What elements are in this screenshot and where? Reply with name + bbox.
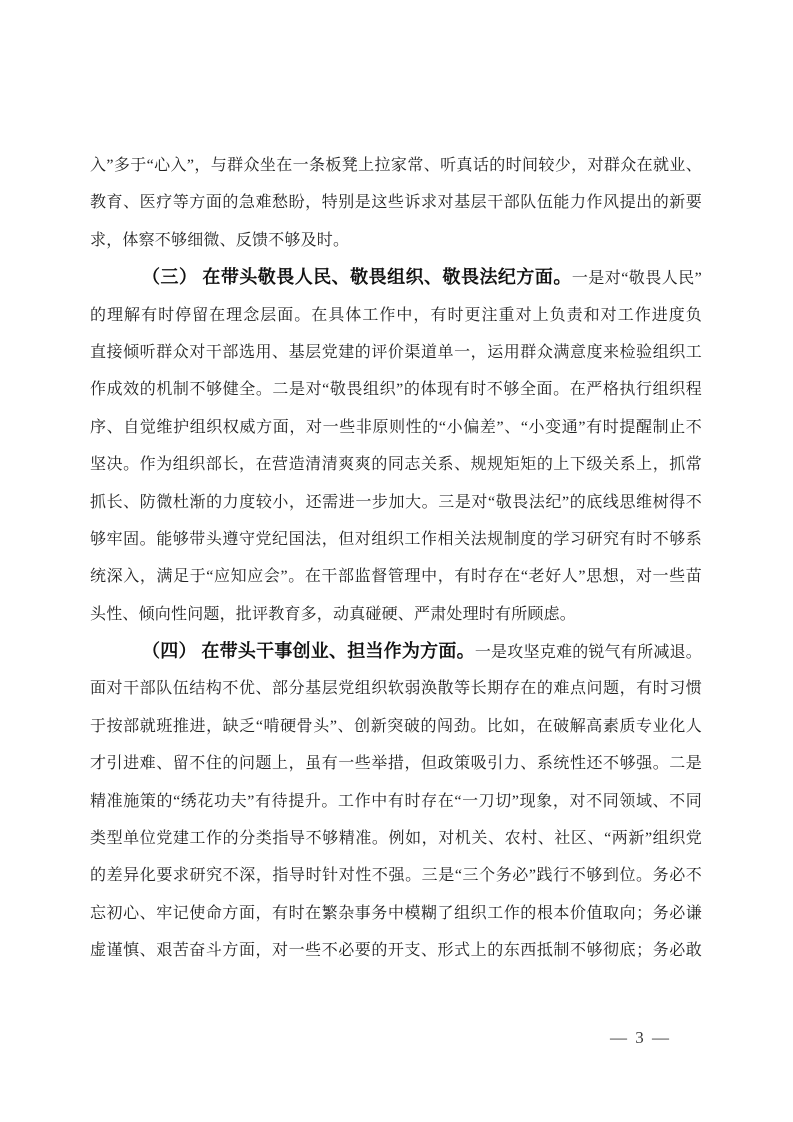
text-line: 才引进难、留不住的问题上，虽有一些举措，但政策吸引力、系统性还不够强。二是 — [90, 745, 702, 782]
text-line: 坚决。作为组织部长，在营造清清爽爽的同志关系、规规矩矩的上下级关系上，抓常 — [90, 446, 702, 483]
text-segment: 虚谨慎、艰苦奋斗方面，对一些不必要的开支、形式上的东西抵制不够彻底；务必敢 — [90, 942, 702, 959]
text-segment: 类型单位党建工作的分类指导不够精准。例如，对机关、农村、社区、“两新”组织党建 — [90, 830, 702, 857]
paragraph-section-3: （三） 在带头敬畏人民、敬畏组织、敬畏法纪方面。一是对“敬畏人民”的理解有时停留… — [90, 259, 702, 633]
text-segment: 的理解有时停留在理念层面。在具体工作中，有时更注重对上负责和对工作进度负责， — [90, 307, 702, 334]
text-line: 直接倾听群众对干部选用、基层党建的评价渠道单一，运用群众满意度来检验组织工 — [90, 334, 702, 371]
text-segment: 面对干部队伍结构不优、部分基层党组织软弱涣散等长期存在的难点问题，有时习惯 — [90, 680, 702, 697]
text-segment: 一是攻坚克难的锐气有所减退。 — [475, 644, 702, 661]
text-segment: 作成效的机制不够健全。二是对“敬畏组织”的体现有时不够全面。在严格执行组织程 — [90, 381, 702, 398]
text-segment: 序、自觉维护组织权威方面，对一些非原则性的“小偏差”、“小变通”有时提醒制止不够 — [90, 419, 702, 446]
section-heading: （三） 在带头敬畏人民、敬畏组织、敬畏法纪方面。 — [142, 267, 572, 287]
text-line: 求，体察不够细微、反馈不够及时。 — [90, 222, 702, 259]
text-line: 头性、倾向性问题，批评教育多，动真碰硬、严肃处理时有所顾虑。 — [90, 596, 702, 633]
text-segment: 教育、医疗等方面的急难愁盼，特别是这些诉求对基层干部队伍能力作风提出的新要 — [90, 194, 702, 211]
text-line: （四） 在带头干事创业、担当作为方面。一是攻坚克难的锐气有所减退。 — [90, 633, 702, 670]
text-line: 统深入，满足于“应知应会”。在干部监督管理中，有时存在“老好人”思想，对一些苗 — [90, 558, 702, 595]
text-line: 抓长、防微杜渐的力度较小，还需进一步加大。三是对“敬畏法纪”的底线思维树得不 — [90, 484, 702, 521]
text-segment: 入”多于“心入”，与群众坐在一条板凳上拉家常、听真话的时间较少，对群众在就业、 — [90, 157, 702, 174]
text-line: 虚谨慎、艰苦奋斗方面，对一些不必要的开支、形式上的东西抵制不够彻底；务必敢 — [90, 932, 702, 969]
text-segment: 于按部就班推进，缺乏“啃硬骨头”、创新突破的闯劲。比如，在破解高素质专业化人 — [90, 718, 702, 735]
text-segment: 头性、倾向性问题，批评教育多，动真碰硬、严肃处理时有所顾虑。 — [90, 606, 576, 623]
text-line: 入”多于“心入”，与群众坐在一条板凳上拉家常、听真话的时间较少，对群众在就业、 — [90, 147, 702, 184]
text-line: 的差异化要求研究不深，指导时针对性不强。三是“三个务必”践行不够到位。务必不 — [90, 857, 702, 894]
text-line: 类型单位党建工作的分类指导不够精准。例如，对机关、农村、社区、“两新”组织党建 — [90, 820, 702, 857]
text-line: 精准施策的“绣花功夫”有待提升。工作中有时存在“一刀切”现象，对不同领域、不同 — [90, 783, 702, 820]
paragraph-section-4: （四） 在带头干事创业、担当作为方面。一是攻坚克难的锐气有所减退。面对干部队伍结… — [90, 633, 702, 970]
text-segment: 坚决。作为组织部长，在营造清清爽爽的同志关系、规规矩矩的上下级关系上，抓常 — [90, 456, 702, 473]
text-segment: 忘初心、牢记使命方面，有时在繁杂事务中模糊了组织工作的根本价值取向；务必谦 — [90, 905, 702, 922]
text-segment: 抓长、防微杜渐的力度较小，还需进一步加大。三是对“敬畏法纪”的底线思维树得不 — [90, 494, 702, 511]
text-segment: 一是对“敬畏人民” — [572, 270, 702, 287]
page-number: — 3 — — [610, 1028, 671, 1048]
text-line: 作成效的机制不够健全。二是对“敬畏组织”的体现有时不够全面。在严格执行组织程 — [90, 371, 702, 408]
document-body: 入”多于“心入”，与群众坐在一条板凳上拉家常、听真话的时间较少，对群众在就业、教… — [90, 147, 702, 970]
text-segment: 精准施策的“绣花功夫”有待提升。工作中有时存在“一刀切”现象，对不同领域、不同 — [90, 793, 702, 810]
text-line: 于按部就班推进，缺乏“啃硬骨头”、创新突破的闯劲。比如，在破解高素质专业化人 — [90, 708, 702, 745]
text-segment: 够牢固。能够带头遵守党纪国法，但对组织工作相关法规制度的学习研究有时不够系 — [90, 531, 702, 548]
text-line: （三） 在带头敬畏人民、敬畏组织、敬畏法纪方面。一是对“敬畏人民” — [90, 259, 702, 296]
paragraph-continuation: 入”多于“心入”，与群众坐在一条板凳上拉家常、听真话的时间较少，对群众在就业、教… — [90, 147, 702, 259]
text-segment: 直接倾听群众对干部选用、基层党建的评价渠道单一，运用群众满意度来检验组织工 — [90, 344, 702, 361]
text-line: 面对干部队伍结构不优、部分基层党组织软弱涣散等长期存在的难点问题，有时习惯 — [90, 670, 702, 707]
text-line: 够牢固。能够带头遵守党纪国法，但对组织工作相关法规制度的学习研究有时不够系 — [90, 521, 702, 558]
text-line: 教育、医疗等方面的急难愁盼，特别是这些诉求对基层干部队伍能力作风提出的新要 — [90, 184, 702, 221]
text-segment: 统深入，满足于“应知应会”。在干部监督管理中，有时存在“老好人”思想，对一些苗 — [90, 568, 702, 585]
text-line: 的理解有时停留在理念层面。在具体工作中，有时更注重对上负责和对工作进度负责， — [90, 297, 702, 334]
text-line: 序、自觉维护组织权威方面，对一些非原则性的“小偏差”、“小变通”有时提醒制止不够 — [90, 409, 702, 446]
text-segment: 求，体察不够细微、反馈不够及时。 — [90, 232, 349, 249]
text-segment: 才引进难、留不住的问题上，虽有一些举措，但政策吸引力、系统性还不够强。二是 — [90, 755, 702, 772]
text-line: 忘初心、牢记使命方面，有时在繁杂事务中模糊了组织工作的根本价值取向；务必谦 — [90, 895, 702, 932]
section-heading: （四） 在带头干事创业、担当作为方面。 — [142, 641, 475, 661]
text-segment: 的差异化要求研究不深，指导时针对性不强。三是“三个务必”践行不够到位。务必不 — [90, 867, 702, 884]
document-page: 入”多于“心入”，与群众坐在一条板凳上拉家常、听真话的时间较少，对群众在就业、教… — [0, 0, 793, 1122]
